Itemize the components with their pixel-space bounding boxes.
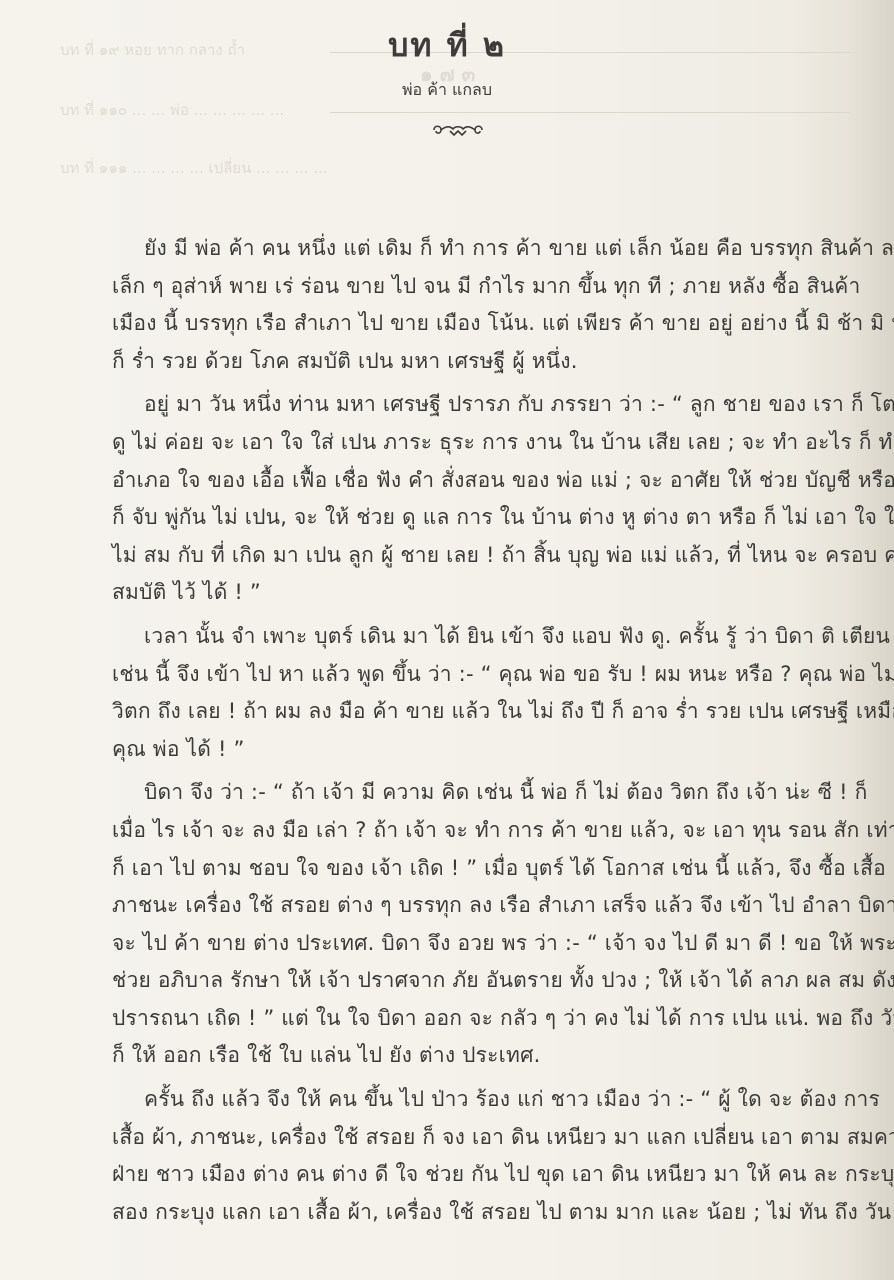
text-line: อำเภอ ใจ ของ เอื้อ เฟื้อ เชื่อ ฟัง คำ สั… (112, 462, 882, 500)
text-line: คุณ พ่อ ได้ ! ” (112, 731, 882, 769)
text-line: ก็ ให้ ออก เรือ ใช้ ใบ แล่น ไป ยัง ต่าง … (112, 1037, 882, 1075)
text-line: ครั้น ถึง แล้ว จึง ให้ คน ขึ้น ไป ป่าว ร… (112, 1081, 882, 1119)
text-line: วิตก ถึง เลย ! ถ้า ผม ลง มือ ค้า ขาย แล้… (112, 693, 882, 731)
chapter-title: บท ที่ ๒ (0, 20, 894, 71)
text-line: จะ ไป ค้า ขาย ต่าง ประเทศ. บิดา จึง อวย … (112, 925, 882, 963)
text-line: ภาชนะ เครื่อง ใช้ สรอย ต่าง ๆ บรรทุก ลง … (112, 887, 882, 925)
text-line: เวลา นั้น จำ เพาะ บุตร์ เดิน มา ได้ ยิน … (112, 618, 882, 656)
paragraph: อยู่ มา วัน หนึ่ง ท่าน มหา เศรษฐี ปรารภ … (112, 386, 882, 612)
text-line: สอง กระบุง แลก เอา เสื้อ ผ้า, เครื่อง ใช… (112, 1194, 882, 1232)
chapter-body: ยัง มี พ่อ ค้า คน หนึ่ง แต่ เดิม ก็ ทำ ก… (112, 230, 882, 1231)
chapter-subtitle: พ่อ ค้า แกลบ (0, 78, 894, 103)
text-line: เสื้อ ผ้า, ภาชนะ, เครื่อง ใช้ สรอย ก็ จง… (112, 1119, 882, 1157)
text-line: สมบัติ ไว้ ได้ ! ” (112, 574, 882, 612)
bleed-through-rule (330, 112, 850, 113)
paragraph: เวลา นั้น จำ เพาะ บุตร์ เดิน มา ได้ ยิน … (112, 618, 882, 768)
paragraph: ครั้น ถึง แล้ว จึง ให้ คน ขึ้น ไป ป่าว ร… (112, 1081, 882, 1231)
text-line: เช่น นี้ จึง เข้า ไป หา แล้ว พูด ขึ้น ว่… (112, 656, 882, 694)
text-line: ก็ ร่ำ รวย ด้วย โภค สมบัติ เปน มหา เศรษฐ… (112, 343, 882, 381)
text-line: บิดา จึง ว่า :- “ ถ้า เจ้า มี ความ คิด เ… (112, 774, 882, 812)
text-line: ก็ เอา ไป ตาม ชอบ ใจ ของ เจ้า เถิด ! ” เ… (112, 850, 882, 888)
paragraph: ยัง มี พ่อ ค้า คน หนึ่ง แต่ เดิม ก็ ทำ ก… (112, 230, 882, 380)
text-line: ก็ จับ พู่กัน ไม่ เปน, จะ ให้ ช่วย ดู แล… (112, 499, 882, 537)
text-line: ไม่ สม กับ ที่ เกิด มา เปน ลูก ผู้ ชาย เ… (112, 537, 882, 575)
floral-ornament-icon (430, 122, 486, 138)
bleed-through-text: บท ที่ ๑๑๑ ... ... ... ... เปลี่ยน ... .… (60, 156, 328, 180)
paragraph: บิดา จึง ว่า :- “ ถ้า เจ้า มี ความ คิด เ… (112, 774, 882, 1075)
text-line: เล็ก ๆ อุส่าห์ พาย เร่ ร่อน ขาย ไป จน มี… (112, 268, 882, 306)
text-line: เมื่อ ไร เจ้า จะ ลง มือ เล่า ? ถ้า เจ้า … (112, 812, 882, 850)
text-line: ปรารถนา เถิด ! ” แต่ ใน ใจ บิดา ออก จะ ก… (112, 1000, 882, 1038)
text-line: ดู ไม่ ค่อย จะ เอา ใจ ใส่ เปน ภาระ ธุระ … (112, 424, 882, 462)
text-line: ช่วย อภิบาล รักษา ให้ เจ้า ปราศจาก ภัย อ… (112, 962, 882, 1000)
book-page: บท ที่ ๑๙ หอย ทาก กลาง ถ้ำ ๑ ๗ ๓ บท ที่ … (0, 0, 894, 1280)
text-line: ยัง มี พ่อ ค้า คน หนึ่ง แต่ เดิม ก็ ทำ ก… (112, 230, 882, 268)
text-line: ฝ่าย ชาว เมือง ต่าง คน ต่าง ดี ใจ ช่วย ก… (112, 1156, 882, 1194)
text-line: อยู่ มา วัน หนึ่ง ท่าน มหา เศรษฐี ปรารภ … (112, 386, 882, 424)
text-line: เมือง นี้ บรรทุก เรือ สำเภา ไป ขาย เมือง… (112, 305, 882, 343)
